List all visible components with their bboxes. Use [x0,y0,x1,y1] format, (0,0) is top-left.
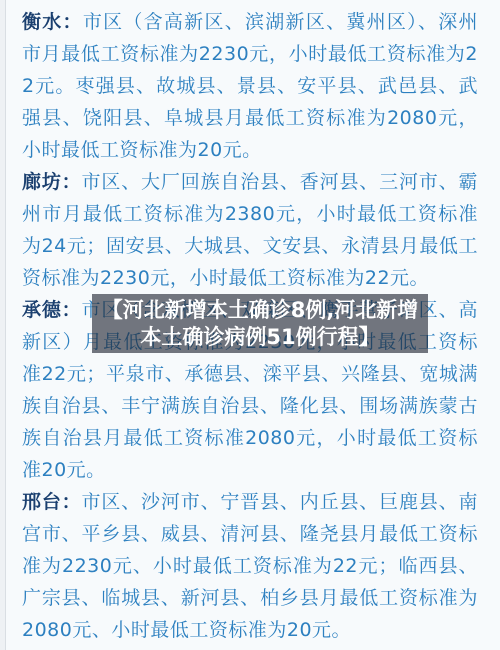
left-edge-divider [0,0,6,650]
section-text-xingtai: 市区、沙河市、宁晋县、内丘县、巨鹿县、南宫市、平乡县、威县、清河县、隆尧县月最低… [22,491,478,641]
section-text-hengshui: 市区（含高新区、滨湖新区、冀州区）、深州市月最低工资标准为2230元，小时最低工… [22,11,478,161]
wage-section-xingtai: 邢台：市区、沙河市、宁晋县、内丘县、巨鹿县、南宫市、平乡县、威县、清河县、隆尧县… [22,486,478,646]
wage-section-hengshui: 衡水：市区（含高新区、滨湖新区、冀州区）、深州市月最低工资标准为2230元，小时… [22,6,478,166]
news-overlay-banner[interactable]: 【河北新增本土确诊8例,河北新增本土确诊病例51例行程】 [92,294,428,353]
wage-section-langfang: 廊坊：市区、大厂回族自治县、香河县、三河市、霸州市月最低工资标准为2380元，小… [22,166,478,294]
city-label-langfang: 廊坊： [22,171,82,193]
city-label-xingtai: 邢台： [22,491,82,513]
city-label-chengde: 承德： [22,299,82,321]
city-label-hengshui: 衡水： [22,11,83,33]
news-overlay-title: 【河北新增本土确诊8例,河北新增本土确诊病例51例行程】 [96,297,424,351]
section-text-langfang: 市区、大厂回族自治县、香河县、三河市、霸州市月最低工资标准为2380元，小时最低… [22,171,478,289]
